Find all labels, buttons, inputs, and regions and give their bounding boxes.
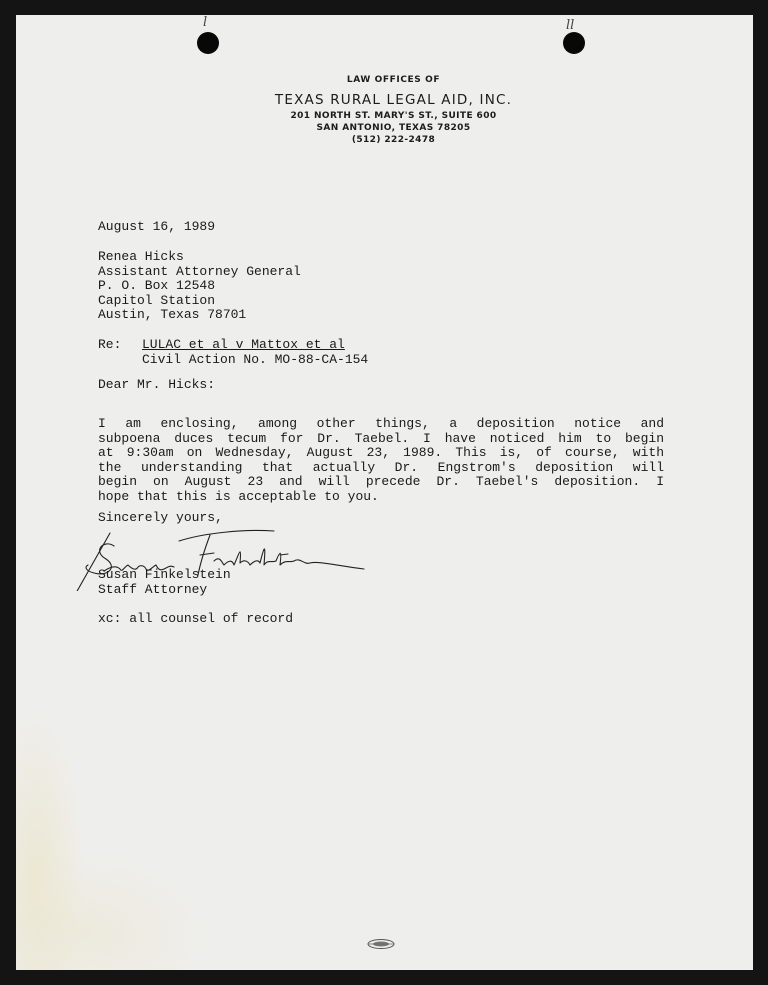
body-line: the understanding that actually Dr. Engs…: [98, 461, 664, 476]
re-label: Re:: [98, 338, 121, 353]
signer-name: Susan Finkelstein: [98, 568, 231, 583]
letter-date: August 16, 1989: [98, 220, 215, 235]
recipient-po-box: P. O. Box 12548: [98, 279, 301, 294]
recipient-title: Assistant Attorney General: [98, 265, 301, 280]
carbon-copy-line: xc: all counsel of record: [98, 612, 293, 627]
signer-title: Staff Attorney: [98, 583, 231, 598]
recipient-name: Renea Hicks: [98, 250, 301, 265]
body-line: I am enclosing, among other things, a de…: [98, 417, 664, 432]
letter-page: l ll LAW OFFICES OF TEXAS RURAL LEGAL AI…: [16, 15, 753, 970]
pencil-mark-right: ll: [566, 19, 574, 32]
punch-hole-left: [197, 32, 219, 54]
body-line: begin on August 23 and will precede Dr. …: [98, 475, 664, 490]
re-case-name: LULAC et al v Mattox et al: [142, 338, 368, 353]
signer-block: Susan FinkelsteinStaff Attorney: [98, 568, 231, 597]
pencil-mark-left: l: [203, 16, 207, 29]
recipient-address: Renea HicksAssistant Attorney GeneralP. …: [98, 250, 301, 323]
letterhead-address-line2: SAN ANTONIO, TEXAS 78205: [34, 122, 753, 134]
letterhead-address-line1: 201 NORTH ST. MARY'S ST., SUITE 600: [34, 110, 753, 122]
recipient-city: Austin, Texas 78701: [98, 308, 301, 323]
body-line: at 9:30am on Wednesday, August 23, 1989.…: [98, 446, 664, 461]
body-line: subpoena duces tecum for Dr. Taebel. I h…: [98, 432, 664, 447]
body-paragraph: I am enclosing, among other things, a de…: [98, 417, 664, 505]
body-line: hope that this is acceptable to you.: [98, 490, 664, 505]
letterhead-subtitle: LAW OFFICES OF: [34, 74, 753, 86]
re-block: LULAC et al v Mattox et alCivil Action N…: [142, 338, 368, 367]
punch-hole-right: [563, 32, 585, 54]
union-label-icon: [366, 938, 396, 950]
recipient-station: Capitol Station: [98, 294, 301, 309]
letterhead-phone: (512) 222-2478: [34, 134, 753, 146]
salutation: Dear Mr. Hicks:: [98, 378, 215, 393]
letterhead-organization: TEXAS RURAL LEGAL AID, INC.: [34, 90, 753, 110]
letterhead: LAW OFFICES OF TEXAS RURAL LEGAL AID, IN…: [16, 74, 753, 146]
re-civil-action: Civil Action No. MO-88-CA-154: [142, 353, 368, 368]
